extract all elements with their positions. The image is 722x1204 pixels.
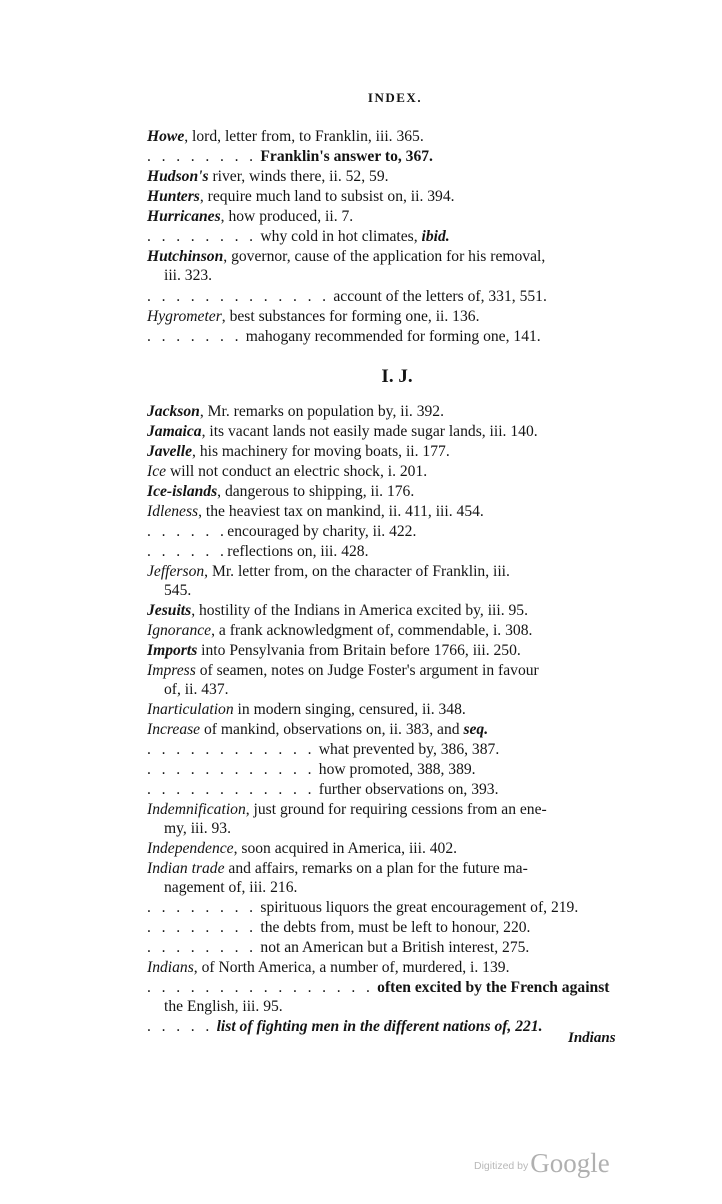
- index-entry: Increase of mankind, observations on, ii…: [147, 721, 488, 739]
- entry-text: of mankind, observations on, ii. 383, an…: [200, 721, 463, 738]
- leader-dots: . . . . . . . .: [147, 148, 256, 165]
- running-head: INDEX.: [0, 90, 722, 106]
- index-term: Indemnification: [147, 801, 246, 818]
- entry-text: , its vacant lands not easily made sugar…: [202, 423, 538, 440]
- index-term: Hunters: [147, 188, 200, 205]
- entry-text: in modern singing, censured, ii. 348.: [234, 701, 466, 718]
- index-term: Hudson's: [147, 168, 209, 185]
- index-subentry: . . . . . . . . why cold in hot climates…: [147, 228, 450, 246]
- entry-text: river, winds there, ii. 52, 59.: [209, 168, 389, 185]
- entry-text-italic: seq.: [463, 721, 488, 738]
- index-term: Increase: [147, 721, 200, 738]
- index-entry: Hudson's river, winds there, ii. 52, 59.: [147, 168, 389, 186]
- index-term: Jamaica: [147, 423, 202, 440]
- entry-text: , the heaviest tax on mankind, ii. 411, …: [198, 503, 484, 520]
- index-entry: Independence, soon acquired in America, …: [147, 840, 457, 858]
- index-entry: Impress of seamen, notes on Judge Foster…: [147, 662, 539, 680]
- entry-text: , Mr. letter from, on the character of F…: [204, 563, 510, 580]
- index-entry: Jamaica, its vacant lands not easily mad…: [147, 423, 538, 441]
- index-entry: Hunters, require much land to subsist on…: [147, 188, 455, 206]
- entry-text: and affairs, remarks on a plan for the f…: [225, 860, 528, 877]
- entry-text: spirituous liquors the great encourageme…: [260, 899, 578, 916]
- entry-text: of seamen, notes on Judge Foster's argum…: [196, 662, 539, 679]
- index-subentry: . . . . . . . . . . . . further observat…: [147, 781, 499, 799]
- index-subentry: . . . . . . . mahogany recommended for f…: [147, 328, 541, 346]
- index-term: Ignorance: [147, 622, 211, 639]
- section-heading: I. J.: [0, 366, 722, 388]
- entry-text: Franklin's answer to, 367.: [260, 148, 433, 165]
- entry-text-italic: ibid.: [422, 228, 450, 245]
- google-logo-text: Google: [530, 1148, 609, 1178]
- index-entry: Ice will not conduct an electric shock, …: [147, 463, 427, 481]
- index-subentry: . . . . . . . . . . . . . account of the…: [147, 288, 547, 306]
- index-term: Imports: [147, 642, 197, 659]
- index-continuation: my, iii. 93.: [164, 820, 231, 838]
- watermark-prefix: Digitized by: [474, 1160, 528, 1172]
- index-term: Ice: [147, 463, 166, 480]
- index-subentry: . . . . . . . . . . . . how promoted, 38…: [147, 761, 476, 779]
- entry-text: further observations on, 393.: [319, 781, 499, 798]
- scanned-book-page: INDEX. Howe, lord, letter from, to Frank…: [0, 0, 722, 1204]
- entry-text: , a frank acknowledgment of, commendable…: [211, 622, 532, 639]
- index-term: Hutchinson: [147, 248, 223, 265]
- entry-text: reflections on, iii. 428.: [227, 543, 368, 560]
- entry-text: why cold in hot climates,: [260, 228, 421, 245]
- leader-dots: . . . . . .: [147, 543, 227, 560]
- entry-text: encouraged by charity, ii. 422.: [227, 523, 416, 540]
- index-term: Indian trade: [147, 860, 225, 877]
- entry-text: the debts from, must be left to honour, …: [260, 919, 530, 936]
- leader-dots: . . . . . . . . . . . .: [147, 741, 315, 758]
- index-entry: Indian trade and affairs, remarks on a p…: [147, 860, 528, 878]
- entry-text: , best substances for forming one, ii. 1…: [222, 308, 480, 325]
- index-entry: Jefferson, Mr. letter from, on the chara…: [147, 563, 510, 581]
- entry-text: , just ground for requiring cessions fro…: [246, 801, 547, 818]
- index-term: Indians: [147, 959, 194, 976]
- index-term: Jesuits: [147, 602, 191, 619]
- entry-text: , how produced, ii. 7.: [221, 208, 354, 225]
- index-entry: Indemnification, just ground for requiri…: [147, 801, 547, 819]
- index-term: Impress: [147, 662, 196, 679]
- leader-dots: . . . . . . . . . . . .: [147, 781, 315, 798]
- leader-dots: . . . . . . . .: [147, 228, 256, 245]
- entry-text: , Mr. remarks on population by, ii. 392.: [200, 403, 444, 420]
- index-entry: Javelle, his machinery for moving boats,…: [147, 443, 450, 461]
- index-entry: Hutchinson, governor, cause of the appli…: [147, 248, 545, 266]
- leader-dots: . . . . . .: [147, 523, 227, 540]
- index-continuation: of, ii. 437.: [164, 681, 229, 699]
- leader-dots: . . . . . . . .: [147, 919, 256, 936]
- entry-text: , hostility of the Indians in America ex…: [191, 602, 528, 619]
- entry-text: mahogany recommended for forming one, 14…: [246, 328, 541, 345]
- index-subentry: . . . . . list of fighting men in the di…: [147, 1018, 543, 1036]
- entry-text: list of fighting men in the different na…: [217, 1018, 543, 1035]
- index-entry: Indians, of North America, a number of, …: [147, 959, 509, 977]
- entry-text: , lord, letter from, to Franklin, iii. 3…: [184, 128, 424, 145]
- entry-text: into Pensylvania from Britain before 176…: [197, 642, 521, 659]
- index-subentry: . . . . . . . . . . . . . . . . often ex…: [147, 979, 609, 997]
- index-entry: Idleness, the heaviest tax on mankind, i…: [147, 503, 484, 521]
- index-subentry: . . . . . .reflections on, iii. 428.: [147, 543, 368, 561]
- leader-dots: . . . . . . .: [147, 328, 242, 345]
- index-subentry: . . . . . .encouraged by charity, ii. 42…: [147, 523, 416, 541]
- entry-text: often excited by the French against: [377, 979, 609, 996]
- index-term: Hygrometer: [147, 308, 222, 325]
- index-continuation: nagement of, iii. 216.: [164, 879, 297, 897]
- index-subentry: . . . . . . . . spirituous liquors the g…: [147, 899, 578, 917]
- leader-dots: . . . . . . . .: [147, 939, 256, 956]
- index-term: Idleness: [147, 503, 198, 520]
- index-continuation: the English, iii. 95.: [164, 998, 283, 1016]
- leader-dots: . . . . . . . .: [147, 899, 256, 916]
- entry-text: not an American but a British interest, …: [260, 939, 529, 956]
- index-entry: Howe, lord, letter from, to Franklin, ii…: [147, 128, 424, 146]
- index-term: Javelle: [147, 443, 192, 460]
- entry-text: will not conduct an electric shock, i. 2…: [166, 463, 427, 480]
- index-entry: Jackson, Mr. remarks on population by, i…: [147, 403, 444, 421]
- leader-dots: . . . . . . . . . . . . .: [147, 288, 329, 305]
- index-entry: Imports into Pensylvania from Britain be…: [147, 642, 521, 660]
- index-subentry: . . . . . . . . not an American but a Br…: [147, 939, 529, 957]
- index-term: Jefferson: [147, 563, 204, 580]
- leader-dots: . . . . .: [147, 1018, 213, 1035]
- entry-text: account of the letters of, 331, 551.: [333, 288, 547, 305]
- index-entry: Ice-islands, dangerous to shipping, ii. …: [147, 483, 414, 501]
- index-entry: Jesuits, hostility of the Indians in Ame…: [147, 602, 528, 620]
- index-entry: Inarticulation in modern singing, censur…: [147, 701, 466, 719]
- index-subentry: . . . . . . . . Franklin's answer to, 36…: [147, 148, 433, 166]
- leader-dots: . . . . . . . . . . . . . . . .: [147, 979, 373, 996]
- index-subentry: . . . . . . . . the debts from, must be …: [147, 919, 530, 937]
- entry-text: , soon acquired in America, iii. 402.: [234, 840, 457, 857]
- catchword: Indians: [568, 1030, 616, 1047]
- index-term: Howe: [147, 128, 184, 145]
- entry-text: how promoted, 388, 389.: [319, 761, 476, 778]
- entry-text: what prevented by, 386, 387.: [319, 741, 499, 758]
- index-term: Ice-islands: [147, 483, 217, 500]
- entry-text: , require much land to subsist on, ii. 3…: [200, 188, 455, 205]
- entry-text: , governor, cause of the application for…: [223, 248, 545, 265]
- index-entry: Hygrometer, best substances for forming …: [147, 308, 479, 326]
- index-term: Jackson: [147, 403, 200, 420]
- entry-text: , dangerous to shipping, ii. 176.: [217, 483, 414, 500]
- index-entry: Ignorance, a frank acknowledgment of, co…: [147, 622, 532, 640]
- index-term: Hurricanes: [147, 208, 221, 225]
- index-continuation: iii. 323.: [164, 267, 212, 285]
- index-term: Inarticulation: [147, 701, 234, 718]
- leader-dots: . . . . . . . . . . . .: [147, 761, 315, 778]
- digitization-watermark: Digitized byGoogle: [474, 1148, 610, 1179]
- entry-text: , of North America, a number of, murdere…: [194, 959, 510, 976]
- index-entry: Hurricanes, how produced, ii. 7.: [147, 208, 353, 226]
- index-subentry: . . . . . . . . . . . . what prevented b…: [147, 741, 499, 759]
- index-continuation: 545.: [164, 582, 191, 600]
- index-term: Independence: [147, 840, 234, 857]
- entry-text: , his machinery for moving boats, ii. 17…: [192, 443, 450, 460]
